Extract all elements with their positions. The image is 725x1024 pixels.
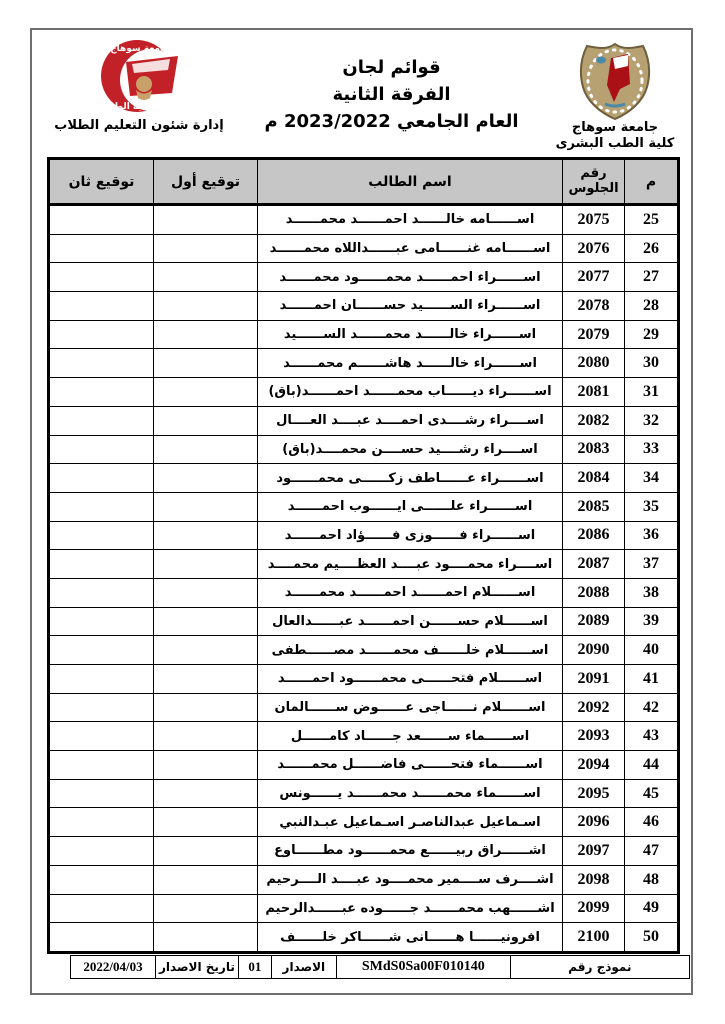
- second-signature-cell: [49, 578, 154, 607]
- table-row: 36 2086 اســــــراء فــــــوزى فــــــؤا…: [49, 521, 679, 550]
- row-index-cell: 36: [625, 521, 679, 550]
- seat-number-cell: 2080: [563, 349, 625, 378]
- first-signature-cell: [154, 636, 258, 665]
- page-border-frame: جامعة سوهاج كلية الطب البشرى قوائم لجان …: [30, 28, 693, 995]
- student-name-cell: اســــــراء علــــــى ايــــــوب احمــــ…: [258, 492, 563, 521]
- seat-number-cell: 2092: [563, 693, 625, 722]
- row-index-cell: 30: [625, 349, 679, 378]
- student-name-cell: اســــــماء فتحــــــى فاضــــــل محمـــ…: [258, 751, 563, 780]
- student-name-cell: اســــــامه خالــــــد احمــــــد محمـــ…: [258, 205, 563, 235]
- second-signature-cell: [49, 923, 154, 953]
- form-code-value: SMdS0Sa00F010140: [336, 956, 510, 979]
- table-row: 41 2091 اســــــلام فتحــــــى محمــــــ…: [49, 665, 679, 694]
- seat-number-cell: 2093: [563, 722, 625, 751]
- seat-number-cell: 2075: [563, 205, 625, 235]
- seat-number-cell: 2086: [563, 521, 625, 550]
- first-signature-cell: [154, 521, 258, 550]
- table-row: 40 2090 اســــــلام خلــــــف محمــــــد…: [49, 636, 679, 665]
- first-signature-cell: [154, 435, 258, 464]
- first-signature-cell: [154, 378, 258, 407]
- second-signature-cell: [49, 722, 154, 751]
- row-index-cell: 27: [625, 263, 679, 292]
- seat-number-cell: 2082: [563, 406, 625, 435]
- row-index-cell: 37: [625, 550, 679, 579]
- title-line-2: الفرقة الثانية: [232, 81, 552, 108]
- first-signature-cell: [154, 205, 258, 235]
- first-signature-cell: [154, 464, 258, 493]
- title-line-3: العام الجامعي 2023/2022 م: [232, 108, 552, 135]
- seat-number-cell: 2091: [563, 665, 625, 694]
- second-signature-cell: [49, 320, 154, 349]
- seat-number-cell: 2087: [563, 550, 625, 579]
- student-name-cell: اشــــــهب محمــــــد جــــــوده عبـــــ…: [258, 894, 563, 923]
- student-name-cell: اســــــلام احمــــــد احمــــــد محمـــ…: [258, 578, 563, 607]
- student-name-cell: اســــراء محمــــود عبــــد العظــــيم م…: [258, 550, 563, 579]
- issue-date-value: 2022/04/03: [71, 956, 156, 979]
- table-row: 26 2076 اســــــامه غنــــــامى عبــــــ…: [49, 234, 679, 263]
- table-row: 28 2078 اســــــراء الســــــيد حســــــ…: [49, 292, 679, 321]
- svg-text:كلية الطب: كلية الطب: [105, 102, 152, 112]
- header-university-block: جامعة سوهاج كلية الطب البشرى: [545, 42, 685, 153]
- table-row: 43 2093 اســــــماء ســــــعد جــــــاد …: [49, 722, 679, 751]
- second-signature-cell: [49, 607, 154, 636]
- table-row: 46 2096 اسـماعيل عبدالناصـر اسـماعيل عبـ…: [49, 808, 679, 837]
- student-name-cell: اســــــلام خلــــــف محمــــــد مصـــــ…: [258, 636, 563, 665]
- table-row: 44 2094 اســــــماء فتحــــــى فاضــــــ…: [49, 751, 679, 780]
- seat-number-cell: 2077: [563, 263, 625, 292]
- row-index-cell: 50: [625, 923, 679, 953]
- row-index-cell: 25: [625, 205, 679, 235]
- table-row: 33 2083 اســــراء رشــــيد حســــن محمــ…: [49, 435, 679, 464]
- seat-number-cell: 2098: [563, 865, 625, 894]
- student-name-cell: اســــــماء ســــــعد جــــــاد كامـــــ…: [258, 722, 563, 751]
- seat-number-cell: 2094: [563, 751, 625, 780]
- row-index-cell: 44: [625, 751, 679, 780]
- first-signature-cell: [154, 349, 258, 378]
- table-row: 50 2100 افرونيــــــا هــــــانى شــــــ…: [49, 923, 679, 953]
- student-name-cell: اســــــماء محمــــــد محمــــــد يـــــ…: [258, 779, 563, 808]
- student-name-cell: اســــراء رشــــدى احمــــد عبــــد العـ…: [258, 406, 563, 435]
- second-signature-cell: [49, 435, 154, 464]
- row-index-cell: 39: [625, 607, 679, 636]
- first-signature-cell: [154, 550, 258, 579]
- seat-number-cell: 2079: [563, 320, 625, 349]
- second-signature-cell: [49, 636, 154, 665]
- student-name-cell: اســــــراء عــــــاطف زكــــــى محمــــ…: [258, 464, 563, 493]
- first-signature-cell: [154, 234, 258, 263]
- seat-number-cell: 2097: [563, 837, 625, 866]
- row-index-cell: 28: [625, 292, 679, 321]
- row-index-cell: 42: [625, 693, 679, 722]
- second-signature-cell: [49, 349, 154, 378]
- row-index-cell: 47: [625, 837, 679, 866]
- faculty-of-medicine-crescent-logo-icon: جامعة سوهاج كلية الطب: [80, 38, 198, 116]
- table-row: 30 2080 اســــــراء خالــــــد هاشــــــ…: [49, 349, 679, 378]
- table-row: 29 2079 اســــــراء خالــــــد محمــــــ…: [49, 320, 679, 349]
- student-name-cell: اســــــلام حســــــن احمــــــد عبـــــ…: [258, 607, 563, 636]
- second-signature-cell: [49, 894, 154, 923]
- issue-label: الاصدار: [271, 956, 336, 979]
- first-signature-cell: [154, 722, 258, 751]
- table-row: 48 2098 اشــــرف ســــمير محمــــود عبــ…: [49, 865, 679, 894]
- row-index-cell: 33: [625, 435, 679, 464]
- header-administration-block: جامعة سوهاج كلية الطب إدارة شئون التعليم…: [54, 38, 224, 133]
- row-index-cell: 29: [625, 320, 679, 349]
- seat-number-cell: 2085: [563, 492, 625, 521]
- faculty-name: كلية الطب البشرى: [545, 136, 685, 152]
- second-signature-cell: [49, 234, 154, 263]
- first-signature-cell: [154, 894, 258, 923]
- student-name-cell: اسـماعيل عبدالناصـر اسـماعيل عبـدالنبي: [258, 808, 563, 837]
- student-name-cell: اســــــراء الســــــيد حســــــان احمــ…: [258, 292, 563, 321]
- student-name-cell: اســــــراء خالــــــد محمــــــد الســـ…: [258, 320, 563, 349]
- second-signature-cell: [49, 865, 154, 894]
- second-signature-cell: [49, 665, 154, 694]
- table-row: 39 2089 اســــــلام حســــــن احمــــــد…: [49, 607, 679, 636]
- roster-table-header: م رقم الجلوس اسم الطالب توقيع أول توقيع …: [49, 159, 679, 205]
- seat-number-cell: 2099: [563, 894, 625, 923]
- first-signature-cell: [154, 665, 258, 694]
- column-header-first-signature: توقيع أول: [154, 159, 258, 205]
- seat-number-cell: 2096: [563, 808, 625, 837]
- second-signature-cell: [49, 550, 154, 579]
- row-index-cell: 34: [625, 464, 679, 493]
- row-index-cell: 45: [625, 779, 679, 808]
- table-row: 27 2077 اســــــراء احمــــــد محمــــــ…: [49, 263, 679, 292]
- column-header-second-signature: توقيع ثان: [49, 159, 154, 205]
- first-signature-cell: [154, 865, 258, 894]
- first-signature-cell: [154, 292, 258, 321]
- row-index-cell: 31: [625, 378, 679, 407]
- row-index-cell: 48: [625, 865, 679, 894]
- seat-number-cell: 2078: [563, 292, 625, 321]
- seat-number-cell: 2100: [563, 923, 625, 953]
- title-line-1: قوائم لجان: [232, 54, 552, 81]
- roster-table-body: 25 2075 اســــــامه خالــــــد احمــــــ…: [49, 205, 679, 953]
- issue-value: 01: [238, 956, 271, 979]
- second-signature-cell: [49, 751, 154, 780]
- second-signature-cell: [49, 521, 154, 550]
- first-signature-cell: [154, 263, 258, 292]
- student-name-cell: اســــــلام فتحــــــى محمــــــود احمــ…: [258, 665, 563, 694]
- second-signature-cell: [49, 205, 154, 235]
- student-name-cell: اســــــراء ديــــــاب محمــــــد احمـــ…: [258, 378, 563, 407]
- university-name: جامعة سوهاج: [545, 120, 685, 136]
- second-signature-cell: [49, 292, 154, 321]
- first-signature-cell: [154, 320, 258, 349]
- seat-number-cell: 2090: [563, 636, 625, 665]
- first-signature-cell: [154, 808, 258, 837]
- seat-number-cell: 2081: [563, 378, 625, 407]
- row-index-cell: 46: [625, 808, 679, 837]
- seat-number-cell: 2084: [563, 464, 625, 493]
- document-title-block: قوائم لجان الفرقة الثانية العام الجامعي …: [232, 54, 552, 135]
- first-signature-cell: [154, 837, 258, 866]
- row-index-cell: 32: [625, 406, 679, 435]
- administration-caption: إدارة شئون التعليم الطلاب: [54, 118, 224, 133]
- student-name-cell: اســــــامه غنــــــامى عبــــــداللاه م…: [258, 234, 563, 263]
- students-roster-table: م رقم الجلوس اسم الطالب توقيع أول توقيع …: [47, 157, 680, 954]
- table-row: 49 2099 اشــــــهب محمــــــد جــــــوده…: [49, 894, 679, 923]
- second-signature-cell: [49, 263, 154, 292]
- row-index-cell: 40: [625, 636, 679, 665]
- seat-number-cell: 2095: [563, 779, 625, 808]
- student-name-cell: اشــــرف ســــمير محمــــود عبــــد الــ…: [258, 865, 563, 894]
- document-page: { "colors": { "table_header_bg": "#c6c6c…: [0, 0, 725, 1024]
- first-signature-cell: [154, 923, 258, 953]
- table-row: 45 2095 اســــــماء محمــــــد محمــــــ…: [49, 779, 679, 808]
- form-footer-table: نموذج رقم SMdS0Sa00F010140 الاصدار 01 تا…: [70, 955, 690, 979]
- column-header-seat-number: رقم الجلوس: [563, 159, 625, 205]
- svg-text:جامعة سوهاج: جامعة سوهاج: [110, 44, 170, 54]
- first-signature-cell: [154, 578, 258, 607]
- second-signature-cell: [49, 492, 154, 521]
- first-signature-cell: [154, 751, 258, 780]
- row-index-cell: 35: [625, 492, 679, 521]
- row-index-cell: 41: [625, 665, 679, 694]
- student-name-cell: اســــراء رشــــيد حســــن محمــــد(باق): [258, 435, 563, 464]
- seat-number-cell: 2083: [563, 435, 625, 464]
- form-number-label: نموذج رقم: [510, 956, 689, 979]
- second-signature-cell: [49, 779, 154, 808]
- seat-number-cell: 2076: [563, 234, 625, 263]
- second-signature-cell: [49, 378, 154, 407]
- second-signature-cell: [49, 837, 154, 866]
- second-signature-cell: [49, 693, 154, 722]
- first-signature-cell: [154, 607, 258, 636]
- table-row: 47 2097 اشــــــراق ربيــــــع محمــــــ…: [49, 837, 679, 866]
- table-row: 34 2084 اســــــراء عــــــاطف زكــــــى…: [49, 464, 679, 493]
- seat-number-cell: 2089: [563, 607, 625, 636]
- first-signature-cell: [154, 406, 258, 435]
- seat-number-cell: 2088: [563, 578, 625, 607]
- issue-date-label: تاريخ الاصدار: [156, 956, 239, 979]
- student-name-cell: افرونيــــــا هــــــانى شــــــاكر خلــ…: [258, 923, 563, 953]
- column-header-index: م: [625, 159, 679, 205]
- row-index-cell: 49: [625, 894, 679, 923]
- row-index-cell: 43: [625, 722, 679, 751]
- row-index-cell: 26: [625, 234, 679, 263]
- column-header-student-name: اسم الطالب: [258, 159, 563, 205]
- second-signature-cell: [49, 808, 154, 837]
- second-signature-cell: [49, 406, 154, 435]
- table-row: 31 2081 اســــــراء ديــــــاب محمــــــ…: [49, 378, 679, 407]
- table-row: 25 2075 اســــــامه خالــــــد احمــــــ…: [49, 205, 679, 235]
- table-row: 35 2085 اســــــراء علــــــى ايــــــوب…: [49, 492, 679, 521]
- table-row: 38 2088 اســــــلام احمــــــد احمــــــ…: [49, 578, 679, 607]
- table-row: 32 2082 اســــراء رشــــدى احمــــد عبــ…: [49, 406, 679, 435]
- second-signature-cell: [49, 464, 154, 493]
- table-row: 42 2092 اســــــلام نــــــاجى عــــــوض…: [49, 693, 679, 722]
- student-name-cell: اســــــراء خالــــــد هاشــــــم محمـــ…: [258, 349, 563, 378]
- first-signature-cell: [154, 492, 258, 521]
- student-name-cell: اســــــراء احمــــــد محمــــــود محمــ…: [258, 263, 563, 292]
- table-row: 37 2087 اســــراء محمــــود عبــــد العظ…: [49, 550, 679, 579]
- student-name-cell: اشــــــراق ربيــــــع محمــــــود مطـــ…: [258, 837, 563, 866]
- sohag-university-shield-logo-icon: [571, 42, 659, 120]
- row-index-cell: 38: [625, 578, 679, 607]
- first-signature-cell: [154, 693, 258, 722]
- first-signature-cell: [154, 779, 258, 808]
- student-name-cell: اســــــراء فــــــوزى فــــــؤاد احمـــ…: [258, 521, 563, 550]
- student-name-cell: اســــــلام نــــــاجى عــــــوض ســــــ…: [258, 693, 563, 722]
